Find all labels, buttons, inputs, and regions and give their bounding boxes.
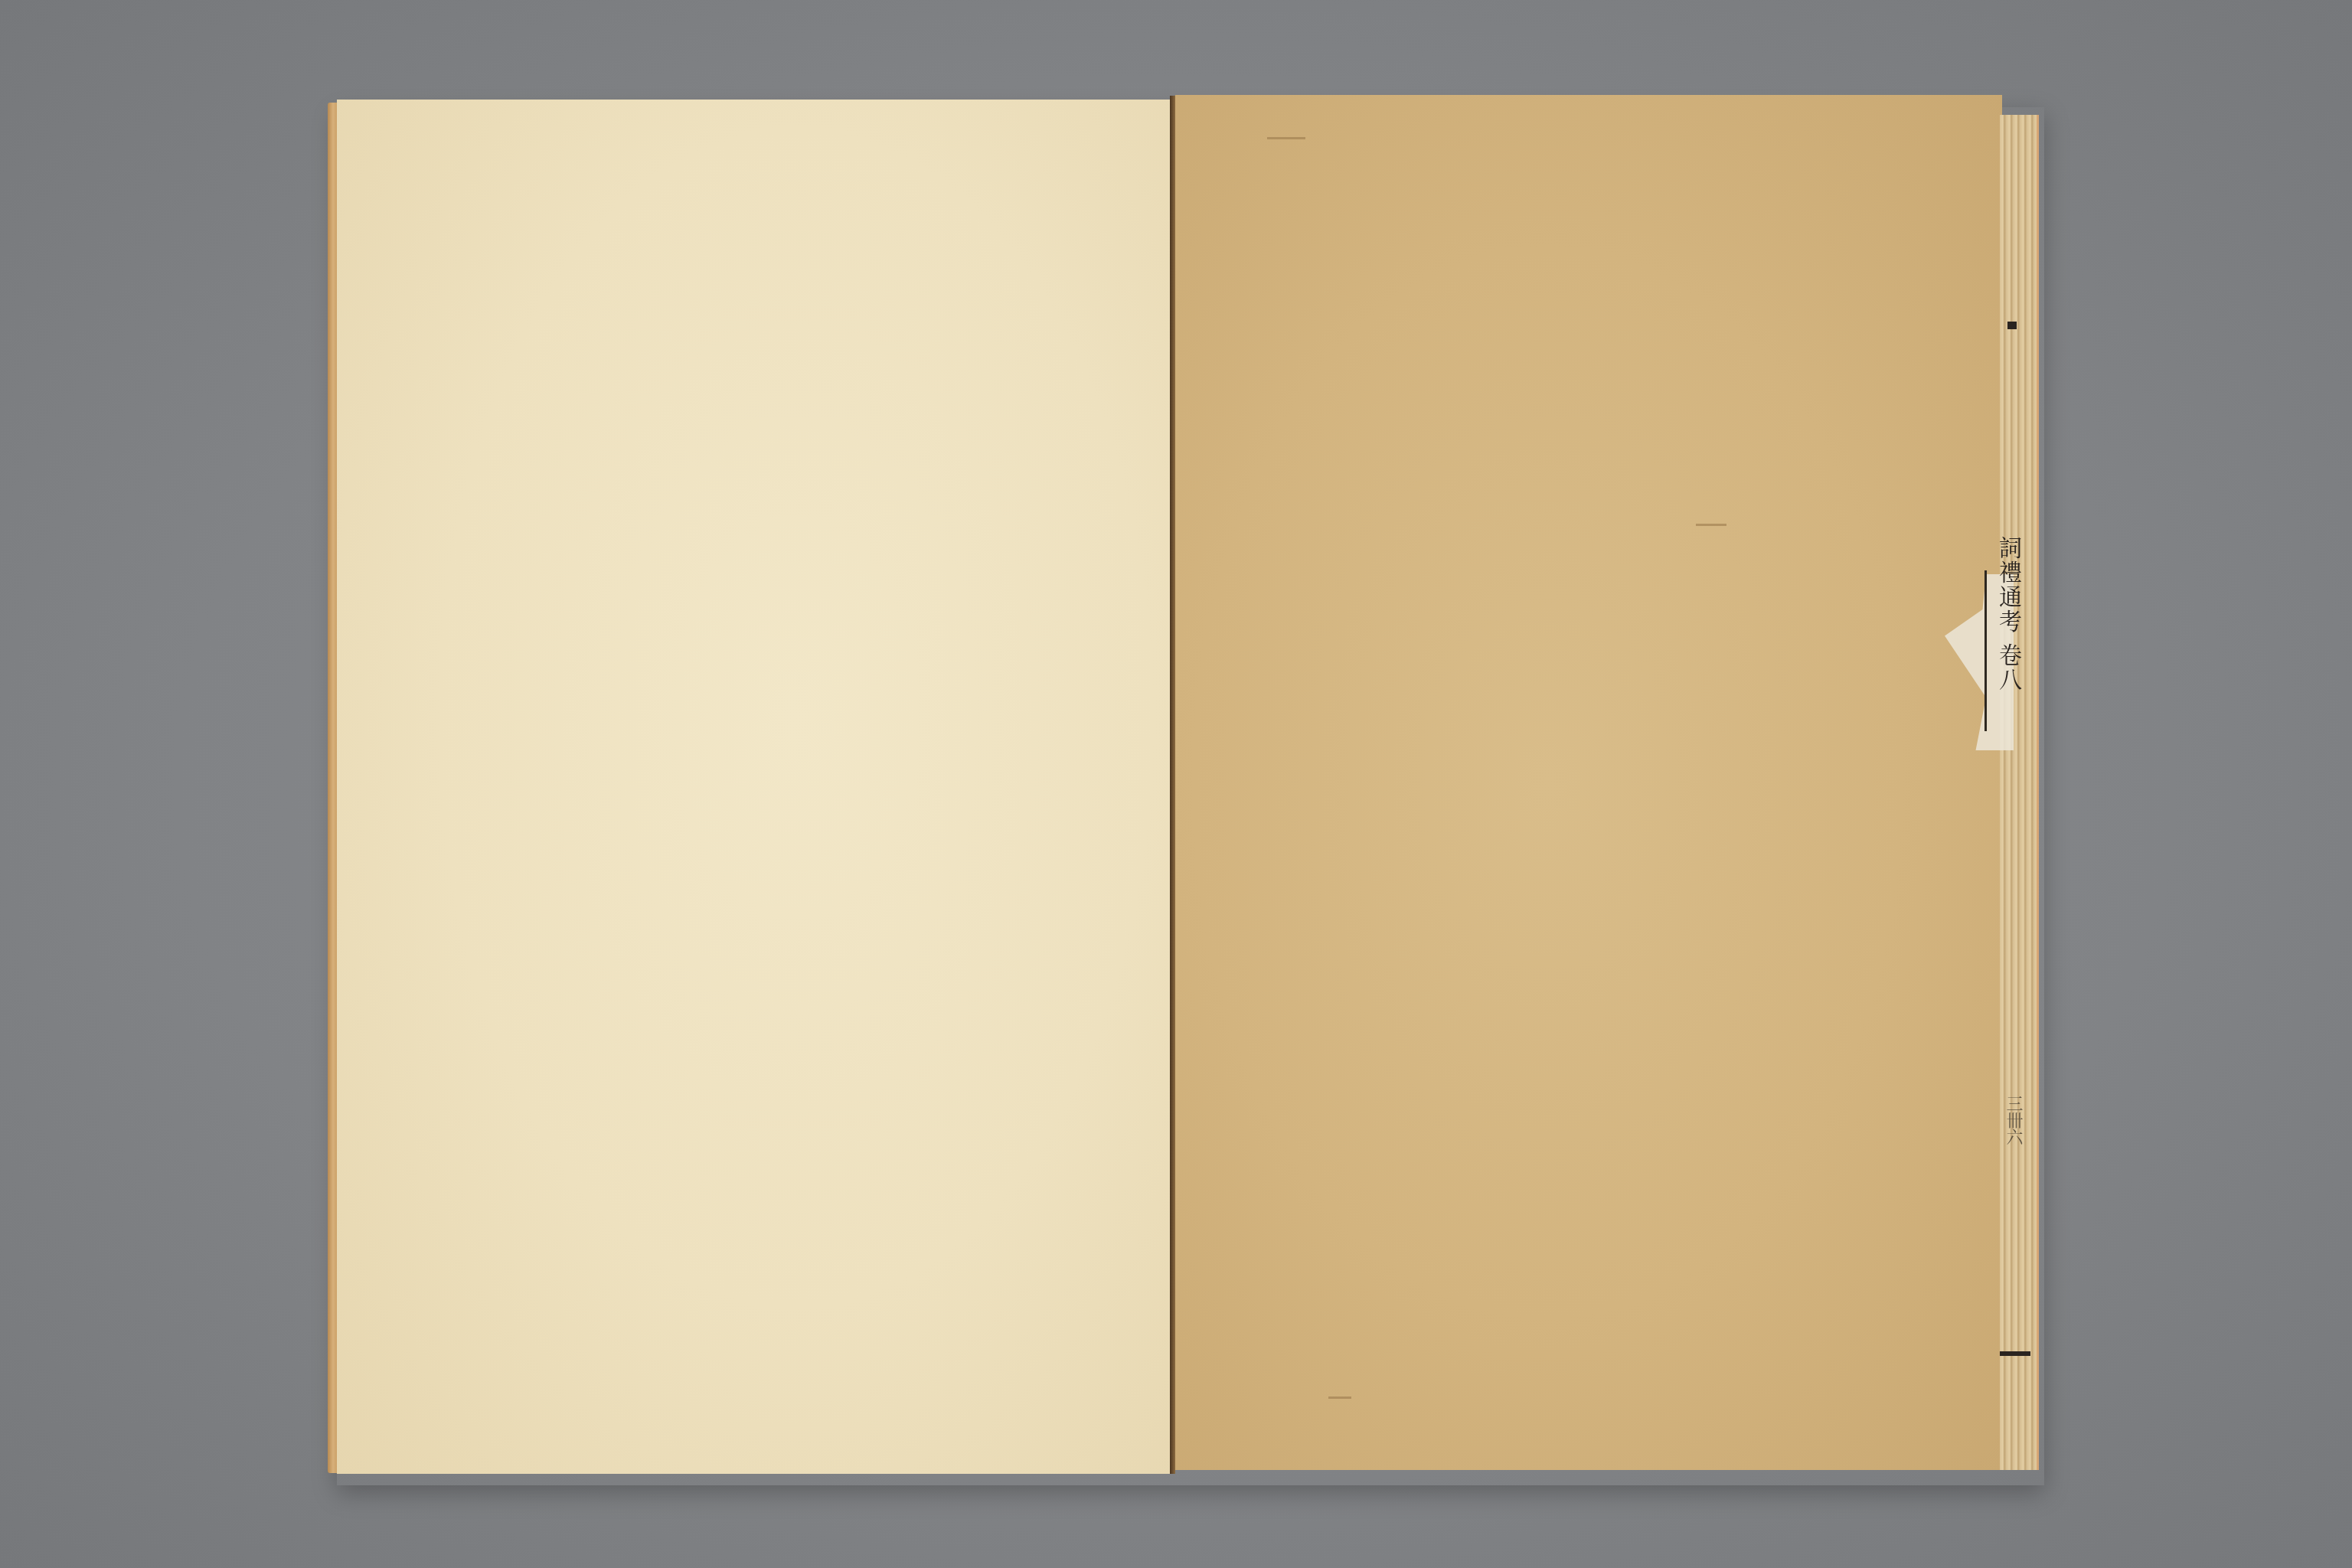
ink-mark <box>2000 1351 2030 1356</box>
printed-rule-line <box>1984 570 1987 731</box>
fore-edge-page-number: 三卌六 <box>2000 1095 2023 1145</box>
fore-edge-title: 詞禮通考 卷八 <box>1991 536 2021 692</box>
page-fore-edge <box>2000 115 2039 1470</box>
paper-fiber-mark <box>1267 137 1305 139</box>
right-page-blank <box>1175 95 2002 1470</box>
book-gutter <box>1170 96 1175 1474</box>
left-page-blank <box>337 100 1171 1474</box>
open-book: 詞禮通考 卷八 三卌六 <box>0 0 2352 1568</box>
paper-fiber-mark <box>1328 1396 1351 1399</box>
paper-fiber-mark <box>1696 524 1726 526</box>
ink-mark <box>2007 322 2017 329</box>
